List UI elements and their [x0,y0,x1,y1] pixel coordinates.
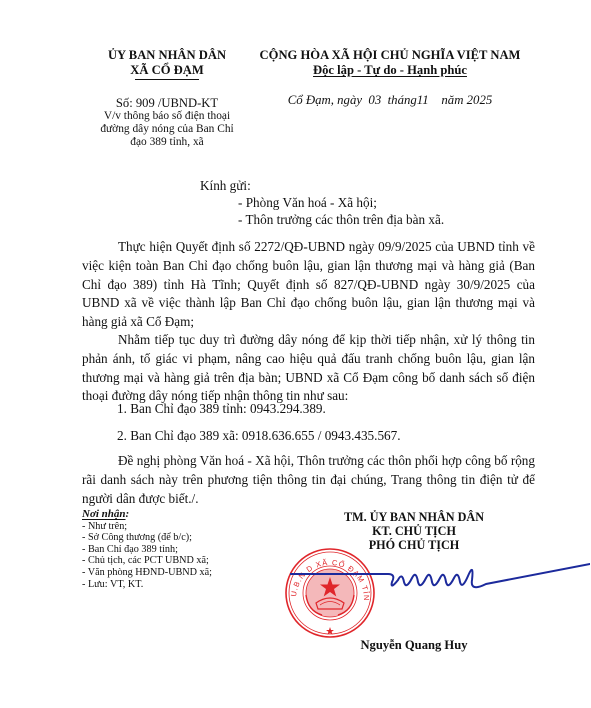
distribution-item: - Chủ tịch, các PCT UBND xã; [82,555,212,567]
body-paragraph-3: Đề nghị phòng Văn hoá - Xã hội, Thôn trư… [82,452,535,508]
hotline-item-2: 2. Ban Chỉ đạo 389 xã: 0918.636.655 / 09… [117,427,401,446]
distribution-item: - Ban Chỉ đạo 389 tỉnh; [82,544,212,556]
body-paragraph-2: Nhằm tiếp tục duy trì đường dây nóng để … [82,331,535,406]
distribution-list: Nơi nhận: - Như trên; - Sở Công thương (… [82,509,212,590]
distribution-item: - Như trên; [82,521,212,533]
date-line: Cổ Đạm, ngày 03 tháng11 năm 2025 [240,93,540,108]
distribution-item: - Lưu: VT, KT. [82,579,212,591]
recipient-item: - Thôn trưởng các thôn trên địa bàn xã. [238,212,444,228]
document-reference: Số: 909 /UBND-KT V/v thông báo số điện t… [82,96,252,149]
motto: Độc lập - Tự do - Hạnh phúc [240,63,540,78]
agency-name: ỦY BAN NHÂN DÂN [82,48,252,63]
subject-line-2: đường dây nóng của Ban Chỉ [82,123,252,136]
motto-text: Độc lập - Tự do - Hạnh phúc [313,63,467,77]
agency-commune-text: XÃ CỔ ĐẠM [130,63,203,77]
handwritten-signature-icon [290,560,590,600]
signature-title-1: TM. ỦY BAN NHÂN DÂN [318,510,510,524]
signature-block: TM. ỦY BAN NHÂN DÂN KT. CHỦ TỊCH PHÓ CHỦ… [318,510,510,552]
agency-block: ỦY BAN NHÂN DÂN XÃ CỔ ĐẠM [82,48,252,80]
signature-title-2: KT. CHỦ TỊCH [318,524,510,538]
agency-commune: XÃ CỔ ĐẠM [82,63,252,78]
nation-block: CỘNG HÒA XÃ HỘI CHỦ NGHĨA VIỆT NAM Độc l… [240,48,540,78]
subject-line-3: đạo 389 tỉnh, xã [82,136,252,149]
recipients-title: Kính gửi: [200,178,251,194]
signer-name: Nguyễn Quang Huy [318,638,510,653]
distribution-item: - Văn phòng HĐND-UBND xã; [82,567,212,579]
agency-underline [135,79,199,80]
subject-line-1: V/v thông báo số điện thoại [82,110,252,123]
document-number: Số: 909 /UBND-KT [82,96,252,110]
distribution-item: - Sở Công thương (để b/c); [82,532,212,544]
body-paragraph-1: Thực hiện Quyết định số 2272/QĐ-UBND ngà… [82,238,535,332]
distribution-title: Nơi nhận [82,508,126,520]
recipient-item: - Phòng Văn hoá - Xã hội; [238,195,377,211]
hotline-item-1: 1. Ban Chỉ đạo 389 tỉnh: 0943.294.389. [117,400,326,419]
nation-title: CỘNG HÒA XÃ HỘI CHỦ NGHĨA VIỆT NAM [240,48,540,63]
